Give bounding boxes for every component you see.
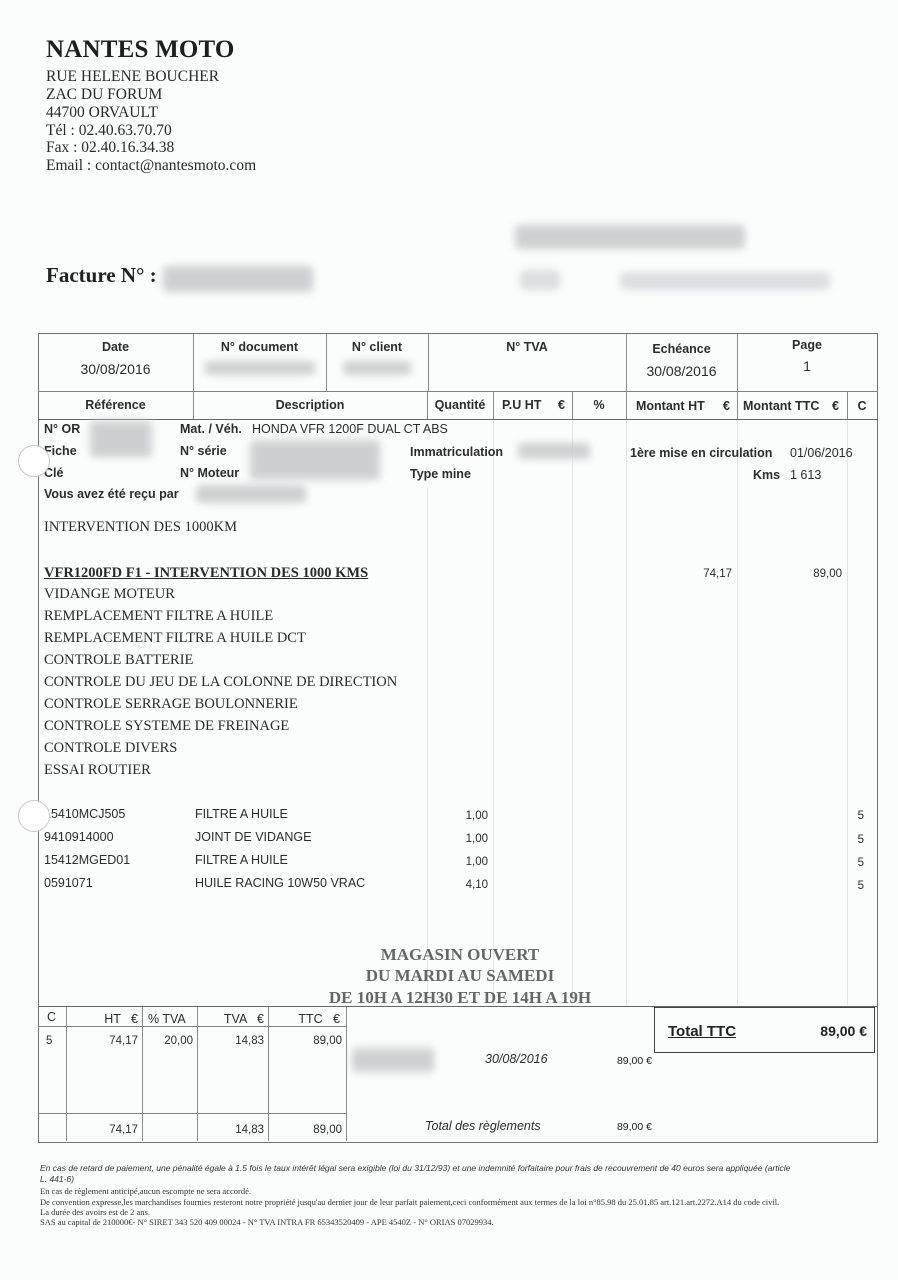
column-header-description: Description [193, 398, 427, 412]
task-line: ESSAI ROUTIER [44, 762, 151, 779]
footer-line: En cas de règlement anticipé,aucun escom… [40, 1186, 251, 1196]
vat-header-code: C [47, 1010, 56, 1024]
amount-ttc-currency: € [832, 399, 839, 413]
divider [197, 1007, 198, 1141]
client-number-redacted [343, 361, 411, 375]
type-mine-label: Type mine [410, 467, 471, 481]
received-by-label: Vous avez été reçu par [44, 487, 179, 501]
vat-total-tva: 14,83 [200, 1124, 264, 1136]
task-line: CONTROLE DIVERS [44, 740, 177, 757]
total-ttc-value: 89,00 € [770, 1023, 867, 1039]
intervention-title: INTERVENTION DES 1000KM [44, 519, 237, 536]
task-line: REMPLACEMENT FILTRE A HUILE [44, 608, 273, 625]
due-date-label: Echéance [626, 342, 737, 356]
company-phone: Tél : 02.40.63.70.70 [46, 122, 172, 140]
amount-ht-currency: € [723, 399, 730, 413]
column-separator [427, 488, 428, 1005]
date-value: 30/08/2016 [38, 361, 193, 377]
part-reference: 9410914000 [44, 830, 114, 844]
column-header-amount-ht: Montant HT [636, 399, 705, 413]
column-separator [572, 420, 573, 1005]
part-reference: 15412MGED01 [44, 853, 130, 867]
footer-line: SAS au capital de 210000€- N° SIRET 343 … [40, 1217, 494, 1227]
package-title: VFR1200FD F1 - INTERVENTION DES 1000 KMS [44, 565, 368, 582]
invoice-number-redacted [163, 266, 313, 292]
column-header-percent: % [572, 398, 626, 412]
column-header-reference: Référence [38, 398, 193, 412]
tva-number-label: N° TVA [428, 340, 626, 354]
document-number-redacted [205, 361, 315, 375]
vat-header-ht: HT € [70, 1012, 138, 1026]
divider [38, 1026, 346, 1027]
vat-row-ht: 74,17 [70, 1035, 138, 1047]
vat-row-code: 5 [46, 1035, 52, 1047]
payment-method-redacted [352, 1048, 434, 1072]
footer-line: En cas de retard de paiement, une pénali… [40, 1163, 790, 1173]
column-header-amount-ttc: Montant TTC [743, 399, 819, 413]
column-separator [626, 420, 627, 1005]
divider [737, 392, 738, 419]
part-reference: 0591071 [44, 876, 93, 890]
invoice-title: Facture N° : [46, 263, 157, 288]
divider [493, 392, 494, 419]
date-label: Date [38, 340, 193, 354]
vat-header-ttc: TTC € [272, 1012, 340, 1026]
part-code: 5 [848, 880, 864, 892]
payment-date: 30/08/2016 [485, 1052, 548, 1066]
page-value: 1 [737, 358, 877, 374]
column-separator [493, 420, 494, 1005]
vehicle-label: Mat. / Véh. [180, 422, 242, 436]
column-separator [737, 420, 738, 1005]
client-city-redacted [620, 272, 830, 290]
vat-total-ht: 74,17 [70, 1124, 138, 1136]
company-email: Email : contact@nantesmoto.com [46, 157, 256, 175]
kms-label: Kms [753, 468, 780, 482]
task-line: CONTROLE SYSTEME DE FREINAGE [44, 718, 289, 735]
payments-total-amount: 89,00 € [590, 1121, 652, 1133]
divider [38, 391, 878, 392]
or-number-redacted [90, 421, 152, 457]
registration-label: Immatriculation [410, 445, 503, 459]
company-name: NANTES MOTO [46, 36, 235, 64]
vat-row-ttc: 89,00 [272, 1035, 342, 1047]
part-description: JOINT DE VIDANGE [195, 830, 311, 844]
company-address-line: RUE HELENE BOUCHER [46, 68, 219, 86]
punch-hole [18, 800, 50, 832]
serial-engine-redacted [250, 440, 380, 480]
part-reference: 15410MCJ505 [44, 807, 125, 821]
task-line: CONTROLE BATTERIE [44, 652, 193, 669]
part-description: FILTRE A HUILE [195, 853, 288, 867]
column-separator [847, 420, 848, 1005]
store-hours-line: DU MARDI AU SAMEDI [300, 965, 620, 986]
part-quantity: 4,10 [430, 879, 488, 891]
store-hours-line: DE 10H A 12H30 ET DE 14H A 19H [300, 987, 620, 1008]
divider [38, 1113, 346, 1114]
part-quantity: 1,00 [430, 833, 488, 845]
package-amount-ttc: 89,00 [740, 568, 842, 580]
first-registration-label: 1ère mise en circulation [630, 446, 772, 460]
registration-redacted [518, 443, 590, 459]
column-header-unit-price: P.U HT [502, 398, 541, 412]
part-quantity: 1,00 [430, 856, 488, 868]
footer-late-payment: En cas de retard de paiement, une pénali… [40, 1163, 870, 1185]
client-number-label: N° client [326, 340, 428, 354]
due-date-value: 30/08/2016 [626, 363, 737, 379]
vat-row-tva: 14,83 [200, 1035, 264, 1047]
task-line: VIDANGE MOTEUR [44, 586, 175, 603]
total-ttc-label: Total TTC [668, 1023, 736, 1040]
vat-header-tva: TVA € [200, 1012, 264, 1026]
vat-total-ttc: 89,00 [272, 1124, 342, 1136]
or-number-label: N° OR [44, 422, 80, 436]
vat-header-rate: % TVA [148, 1012, 186, 1026]
divider [66, 1007, 67, 1141]
part-description: HUILE RACING 10W50 VRAC [195, 876, 365, 890]
task-line: CONTROLE DU JEU DE LA COLONNE DE DIRECTI… [44, 674, 397, 691]
task-line: CONTROLE SERRAGE BOULONNERIE [44, 696, 298, 713]
company-address-line: 44700 ORVAULT [46, 104, 158, 122]
unit-price-currency: € [558, 398, 565, 412]
document-number-label: N° document [193, 340, 326, 354]
divider [626, 392, 627, 419]
company-fax: Fax : 02.40.16.34.38 [46, 139, 174, 157]
vehicle-value: HONDA VFR 1200F DUAL CT ABS [252, 422, 448, 436]
divider [38, 419, 878, 420]
kms-value: 1 613 [790, 468, 821, 482]
payment-amount: 89,00 € [590, 1055, 652, 1067]
footer-line: La durée des avoirs est de 2 ans. [40, 1207, 150, 1217]
divider [142, 1007, 143, 1141]
part-code: 5 [848, 810, 864, 822]
task-line: REMPLACEMENT FILTRE A HUILE DCT [44, 630, 306, 647]
serial-number-label: N° série [180, 444, 227, 458]
part-quantity: 1,00 [430, 810, 488, 822]
footer-line: De convention expresse,les marchandises … [40, 1197, 779, 1207]
part-code: 5 [848, 834, 864, 846]
page-label: Page [737, 338, 877, 352]
client-postcode-redacted [520, 270, 560, 290]
divider [346, 1007, 347, 1141]
divider [268, 1007, 269, 1141]
part-description: FILTRE A HUILE [195, 807, 288, 821]
package-amount-ht: 74,17 [640, 568, 732, 580]
vat-row-rate: 20,00 [145, 1035, 193, 1047]
column-header-quantity: Quantité [427, 398, 493, 412]
received-by-redacted [196, 485, 306, 503]
part-code: 5 [848, 857, 864, 869]
store-hours-line: MAGASIN OUVERT [300, 944, 620, 965]
client-name-redacted [515, 225, 745, 249]
footer-line: L. 441-6) [40, 1174, 74, 1184]
engine-number-label: N° Moteur [180, 466, 239, 480]
first-registration-value: 01/06/2016 [790, 446, 853, 460]
company-address-line: ZAC DU FORUM [46, 86, 162, 104]
column-header-code: C [847, 399, 877, 413]
payments-total-label: Total des règlements [425, 1119, 541, 1133]
punch-hole [18, 445, 50, 477]
